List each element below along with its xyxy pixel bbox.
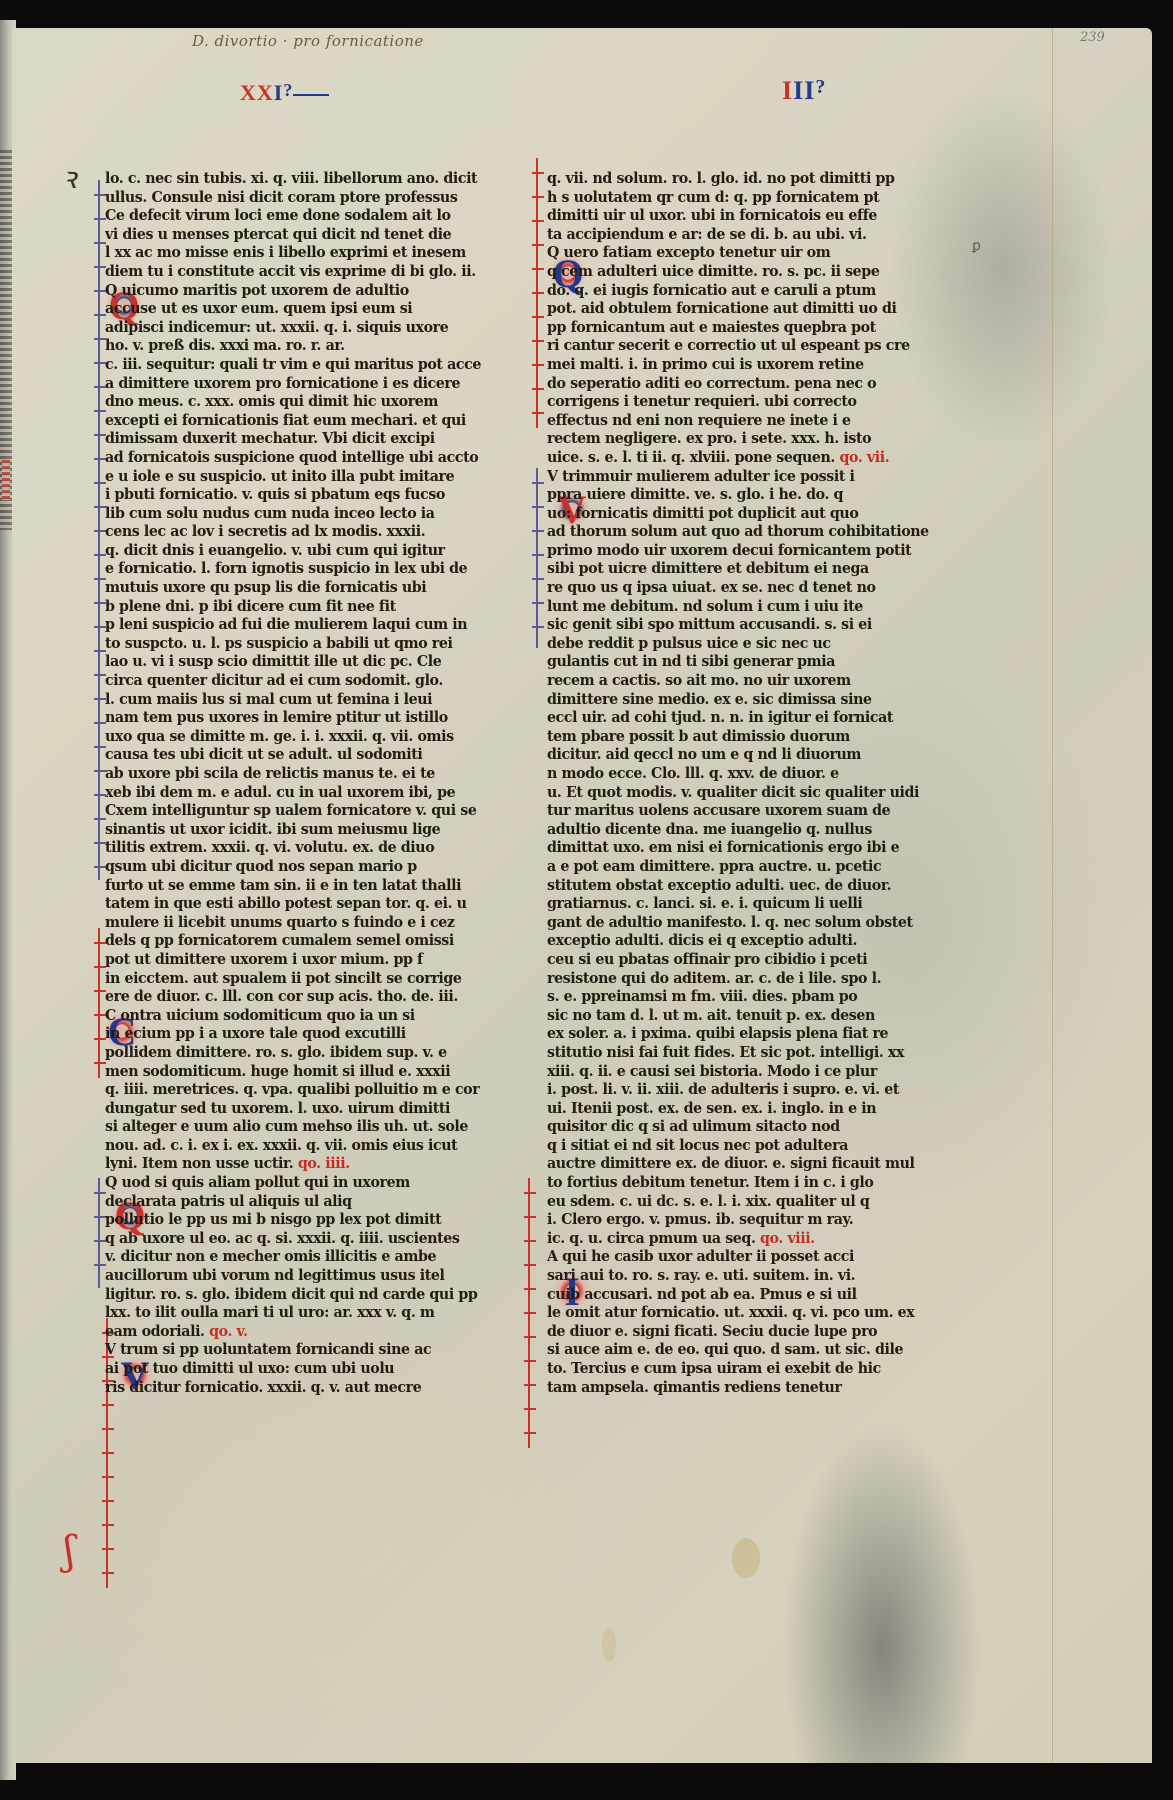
text-line: n modo ecce. Clo. lll. q. xxv. de diuor.… (547, 765, 957, 785)
text-line: adultio dicente dna. me iuangelio q. nul… (547, 820, 957, 840)
stain (732, 1538, 760, 1578)
text-line: to. Tercius e cum ipsa uiram ei exebit d… (547, 1360, 957, 1380)
quire-mark-blue: II (793, 76, 815, 105)
text-line: sic genit sibi spo mittum accusandi. s. … (547, 616, 957, 636)
text-line: furto ut se emme tam sin. ii e in ten la… (105, 876, 505, 896)
text-line: dels q pp fornicatorem cumalem semel omi… (105, 932, 505, 952)
text-line: si auce aim e. de eo. qui quo. d sam. ut… (547, 1341, 957, 1361)
text-line: pot. aid obtulem fornicatione aut dimitt… (547, 300, 957, 320)
text-line: cuib accusari. nd pot ab ea. Pmus e si u… (547, 1285, 957, 1305)
text-line: corrigens i tenetur requieri. ubi correc… (547, 393, 957, 413)
margin-ruling-line (1052, 28, 1053, 1763)
text-line: a e pot eam dimittere. ppra auctre. u. p… (547, 858, 957, 878)
text-line: V trum si pp uoluntatem fornicandi sine … (105, 1341, 505, 1361)
text-line: q ab uxore ul eo. ac q. si. xxxii. q. ii… (105, 1229, 505, 1249)
text-line: do. q. ei iugis fornicatio aut e caruli … (547, 281, 957, 301)
text-line: q. vii. nd solum. ro. l. glo. id. no pot… (547, 170, 957, 190)
text-line: stitutio nisi fai fuit fides. Et sic pot… (547, 1043, 957, 1063)
text-line: ppra uiere dimitte. ve. s. glo. i he. do… (547, 486, 957, 506)
running-head: D. divortio · pro fornicatione (192, 32, 424, 50)
text-line: dimittat uxo. em nisi ei fornicationis e… (547, 839, 957, 859)
text-line: q i sitiat ei nd sit locus nec pot adult… (547, 1136, 957, 1156)
text-line: to suspcto. u. l. ps suspicio a babili u… (105, 634, 505, 654)
text-line: i. Clero ergo. v. pmus. ib. sequitur m r… (547, 1211, 957, 1231)
text-line: exceptio adulti. dicis ei q exceptio adu… (547, 932, 957, 952)
text-line: lxx. to ilit oulla mari ti ul uro: ar. x… (105, 1304, 505, 1324)
text-line: resistone qui do aditem. ar. c. de i lil… (547, 969, 957, 989)
text-line: pollutio le pp us mi b nisgo pp lex pot … (105, 1211, 505, 1231)
text-line: q. dicit dnis i euangelio. v. ubi cum qu… (105, 541, 505, 561)
text-line: u. Et quot modis. v. qualiter dicit sic … (547, 783, 957, 803)
text-line: re quo us q ipsa uiuat. ex se. nec d ten… (547, 579, 957, 599)
text-line: si alteger e uum alio cum mehso ilis uh.… (105, 1118, 505, 1138)
text-line: eam odoriali. qo. v. (105, 1322, 505, 1342)
text-line: tatem in que esti abillo potest sepan to… (105, 895, 505, 915)
text-line: nam tem pus uxores in lemire ptitur ut i… (105, 709, 505, 729)
penwork-border-red (528, 1178, 544, 1448)
text-line: ere de diuor. c. lll. con cor sup acis. … (105, 988, 505, 1008)
text-line: uo: fornicatis dimitti pot duplicit aut … (547, 504, 957, 524)
text-line: causa tes ubi dicit ut se adult. ul sodo… (105, 746, 505, 766)
text-line: diem tu i constitute accit vis exprime d… (105, 263, 505, 283)
text-line: excepti ei fornicationis fiat eum mechar… (105, 411, 505, 431)
text-line: recem a cactis. so ait mo. no uir uxorem (547, 672, 957, 692)
text-line: ris dicitur fornicatio. xxxii. q. v. aut… (105, 1378, 505, 1398)
text-line: lib cum solu nudus cum nuda inceo lecto … (105, 504, 505, 524)
text-line: in eicctem. aut spualem ii pot sincilt s… (105, 969, 505, 989)
text-line: declarata patris ul aliquis ul aliq (105, 1192, 505, 1212)
text-line: do seperatio aditi eo correctum. pena ne… (547, 374, 957, 394)
text-line: l. cum maiis lus si mal cum ut femina i … (105, 690, 505, 710)
text-line: dimitti uir ul uxor. ubi in fornicatois … (547, 207, 957, 227)
text-line: ri cantur secerit e correctio ut ul espe… (547, 337, 957, 357)
text-line: V trimmuir mulierem adulter ice possit i (547, 467, 957, 487)
text-line: sibi pot uicre dimittere et debitum ei n… (547, 560, 957, 580)
text-line: lunt me debitum. nd solum i cum i uiu it… (547, 597, 957, 617)
text-line: tilitis extrem. xxxii. q. vi. volutu. ex… (105, 839, 505, 859)
text-line: men sodomiticum. huge homit si illud e. … (105, 1062, 505, 1082)
margin-note-right: ꝑ (972, 238, 981, 254)
text-line: ligitur. ro. s. glo. ibidem dicit qui nd… (105, 1285, 505, 1305)
text-line: i pbuti fornicatio. v. quis si pbatum eq… (105, 486, 505, 506)
text-line: cens lec ac lov i secretis ad lx modis. … (105, 523, 505, 543)
text-line: sic no tam d. l. ut m. ait. tenuit p. ex… (547, 1006, 957, 1026)
text-line: ui. Itenii post. ex. de sen. ex. i. ingl… (547, 1099, 957, 1119)
quire-line (293, 94, 329, 96)
text-line: vi dies u menses ptercat qui dicit nd te… (105, 225, 505, 245)
text-line: ho. v. preß dis. xxxi ma. ro. r. ar. (105, 337, 505, 357)
text-line: aucillorum ubi vorum nd legittimus usus … (105, 1267, 505, 1287)
text-line: lao u. vi i susp scio dimittit ille ut d… (105, 653, 505, 673)
text-column-1: lo. c. nec sin tubis. xi. q. viii. libel… (105, 170, 505, 1397)
text-line: rectem negligere. ex pro. i sete. xxx. h… (547, 430, 957, 450)
text-line: e u iole e su suspicio. ut inito illa pu… (105, 467, 505, 487)
text-line: Q uero fatiam excepto tenetur uir om (547, 244, 957, 264)
text-line: dimissam duxerit mechatur. Vbi dicit exc… (105, 430, 505, 450)
text-line: effectus nd eni non requiere ne inete i … (547, 411, 957, 431)
text-line: eccl uir. ad cohi tjud. n. n. in igitur … (547, 709, 957, 729)
text-column-2: q. vii. nd solum. ro. l. glo. id. no pot… (547, 170, 957, 1397)
text-line: tur maritus uolens accusare uxorem suam … (547, 802, 957, 822)
quire-mark-suffix: ? (815, 76, 826, 98)
text-line: Ce defecit virum loci eme done sodalem a… (105, 207, 505, 227)
text-line: l xx ac mo misse enis i libello exprimi … (105, 244, 505, 264)
text-line: primo modo uir uxorem decui fornicantem … (547, 541, 957, 561)
text-line: s. e. ppreinamsi m fm. viii. dies. pbam … (547, 988, 957, 1008)
quire-mark-left: XXI? (240, 80, 329, 106)
text-line: A qui he casib uxor adulter ii posset ac… (547, 1248, 957, 1268)
text-line: ab uxore pbi scila de relictis manus te.… (105, 765, 505, 785)
rubric-question-marker: qo. viii. (760, 1230, 815, 1247)
penwork-flourish-icon: ʃ (64, 1528, 75, 1574)
text-line: gratiarnus. c. lanci. si. e. i. quicum l… (547, 895, 957, 915)
text-line: adipisci indicemur: ut. xxxii. q. i. siq… (105, 318, 505, 338)
text-line: circa quenter dicitur ad ei cum sodomit.… (105, 672, 505, 692)
rubric-question-marker: qo. iiii. (298, 1156, 350, 1173)
text-line: i. post. li. v. ii. xiii. de adulteris i… (547, 1081, 957, 1101)
text-line: q cem adulteri uice dimitte. ro. s. pc. … (547, 263, 957, 283)
margin-note-left: ꝛ (62, 156, 76, 197)
text-line: eu sdem. c. ui dc. s. e. l. i. xix. qual… (547, 1192, 957, 1212)
text-line: a dimittere uxorem pro fornicatione i es… (105, 374, 505, 394)
stain (602, 1628, 616, 1662)
text-line: C ontra uicium sodomiticum quo ia un si (105, 1006, 505, 1026)
text-line: pp fornicantum aut e maiestes quepbra po… (547, 318, 957, 338)
quire-mark-red: I (782, 76, 793, 105)
text-line: p leni suspicio ad fui die mulierem laqu… (105, 616, 505, 636)
text-line: le omit atur fornicatio. ut. xxxii. q. v… (547, 1304, 957, 1324)
text-line: ullus. Consule nisi dicit coram ptore pr… (105, 188, 505, 208)
text-line: mulere ii licebit unums quarto s fuindo … (105, 913, 505, 933)
text-line: mei malti. i. in primo cui is uxorem ret… (547, 355, 957, 375)
text-line: dicitur. aid qeccl no um e q nd li diuor… (547, 746, 957, 766)
text-line: ceu si eu pbatas offinair pro cibidio i … (547, 950, 957, 970)
text-line: b plene dni. p ibi dicere cum fit nee fi… (105, 597, 505, 617)
quire-mark-suffix: ? (283, 80, 293, 100)
text-line: dno meus. c. xxx. omis qui dimit hic uxo… (105, 393, 505, 413)
text-line: Q uicumo maritis pot uxorem de adultio (105, 281, 505, 301)
text-line: ad fornicatois suspicione quod intellige… (105, 448, 505, 468)
text-line: dimittere sine medio. ex e. sic dimissa … (547, 690, 957, 710)
text-line: e fornicatio. l. forn ignotis suspicio i… (105, 560, 505, 580)
text-line: xeb ibi dem m. e adul. cu in ual uxorem … (105, 783, 505, 803)
text-line: h s uolutatem qr cum d: q. pp fornicatem… (547, 188, 957, 208)
text-line: dungatur sed tu uxorem. l. uxo. uirum di… (105, 1099, 505, 1119)
text-line: ex soler. a. i pxima. quibi elapsis plen… (547, 1025, 957, 1045)
text-line: in ecium pp i a uxore tale quod excutill… (105, 1025, 505, 1045)
text-line: c. iii. sequitur: quali tr vim e qui mar… (105, 355, 505, 375)
text-line: gulantis cut in nd ti sibi generar pmia (547, 653, 957, 673)
text-line: lo. c. nec sin tubis. xi. q. viii. libel… (105, 170, 505, 190)
text-line: pot ut dimittere uxorem i uxor mium. pp … (105, 950, 505, 970)
manuscript-page: D. divortio · pro fornicatione 239 XXI? … (12, 28, 1152, 1763)
text-line: de diuor e. signi ficati. Seciu ducie lu… (547, 1322, 957, 1342)
text-line: xiii. q. ii. e causi sei bistoria. Modo … (547, 1062, 957, 1082)
text-line: lyni. Item non usse uctir. qo. iiii. (105, 1155, 505, 1175)
text-line: tam ampsela. qimantis rediens tenetur (547, 1378, 957, 1398)
text-line: tem pbare possit b aut dimissio duorum (547, 727, 957, 747)
text-line: ai pot tuo dimitti ul uxo: cum ubi uolu (105, 1360, 505, 1380)
text-line: auctre dimittere ex. de diuor. e. signi … (547, 1155, 957, 1175)
text-line: q. iiii. meretrices. q. vpa. qualibi pol… (105, 1081, 505, 1101)
text-line: to fortius debitum tenetur. Item i in c.… (547, 1174, 957, 1194)
text-line: uxo qua se dimitte m. ge. i. i. xxxii. q… (105, 727, 505, 747)
quire-mark-blue: I (274, 80, 284, 105)
text-line: gant de adultio manifesto. l. q. nec sol… (547, 913, 957, 933)
text-line: ic. q. u. circa pmum ua seq. qo. viii. (547, 1229, 957, 1249)
text-line: ad thorum solum aut quo ad thorum cohibi… (547, 523, 957, 543)
text-line: uice. s. e. l. ti ii. q. xlviii. pone se… (547, 448, 957, 468)
text-line: sari aui to. ro. s. ray. e. uti. suitem.… (547, 1267, 957, 1287)
text-line: ta accipiendum e ar: de se di. b. au ubi… (547, 225, 957, 245)
text-line: Q uod si quis aliam pollut qui in uxorem (105, 1174, 505, 1194)
text-line: qsum ubi dicitur quod nos sepan mario p (105, 858, 505, 878)
previous-leaf-rubric (2, 460, 10, 500)
text-line: nou. ad. c. i. ex i. ex. xxxii. q. vii. … (105, 1136, 505, 1156)
text-line: Cxem intelliguntur sp ualem fornicatore … (105, 802, 505, 822)
rubric-question-marker: qo. vii. (840, 449, 890, 466)
text-line: v. dicitur non e mecher omis illicitis e… (105, 1248, 505, 1268)
rubric-question-marker: qo. v. (209, 1323, 247, 1340)
text-line: accuse ut es uxor eum. quem ipsi eum si (105, 300, 505, 320)
quire-mark-right: III? (782, 76, 826, 106)
text-line: debe reddit p pulsus uice e sic nec uc (547, 634, 957, 654)
folio-number: 239 (1080, 30, 1105, 45)
text-line: quisitor dic q si ad ulimum sitacto nod (547, 1118, 957, 1138)
text-line: pollidem dimittere. ro. s. glo. ibidem s… (105, 1043, 505, 1063)
text-line: stitutem obstat exceptio adulti. uec. de… (547, 876, 957, 896)
text-line: sinantis ut uxor icidit. ibi sum meiusmu… (105, 820, 505, 840)
quire-mark-red: XX (240, 80, 274, 105)
text-line: mutuis uxore qu psup lis die fornicatis … (105, 579, 505, 599)
